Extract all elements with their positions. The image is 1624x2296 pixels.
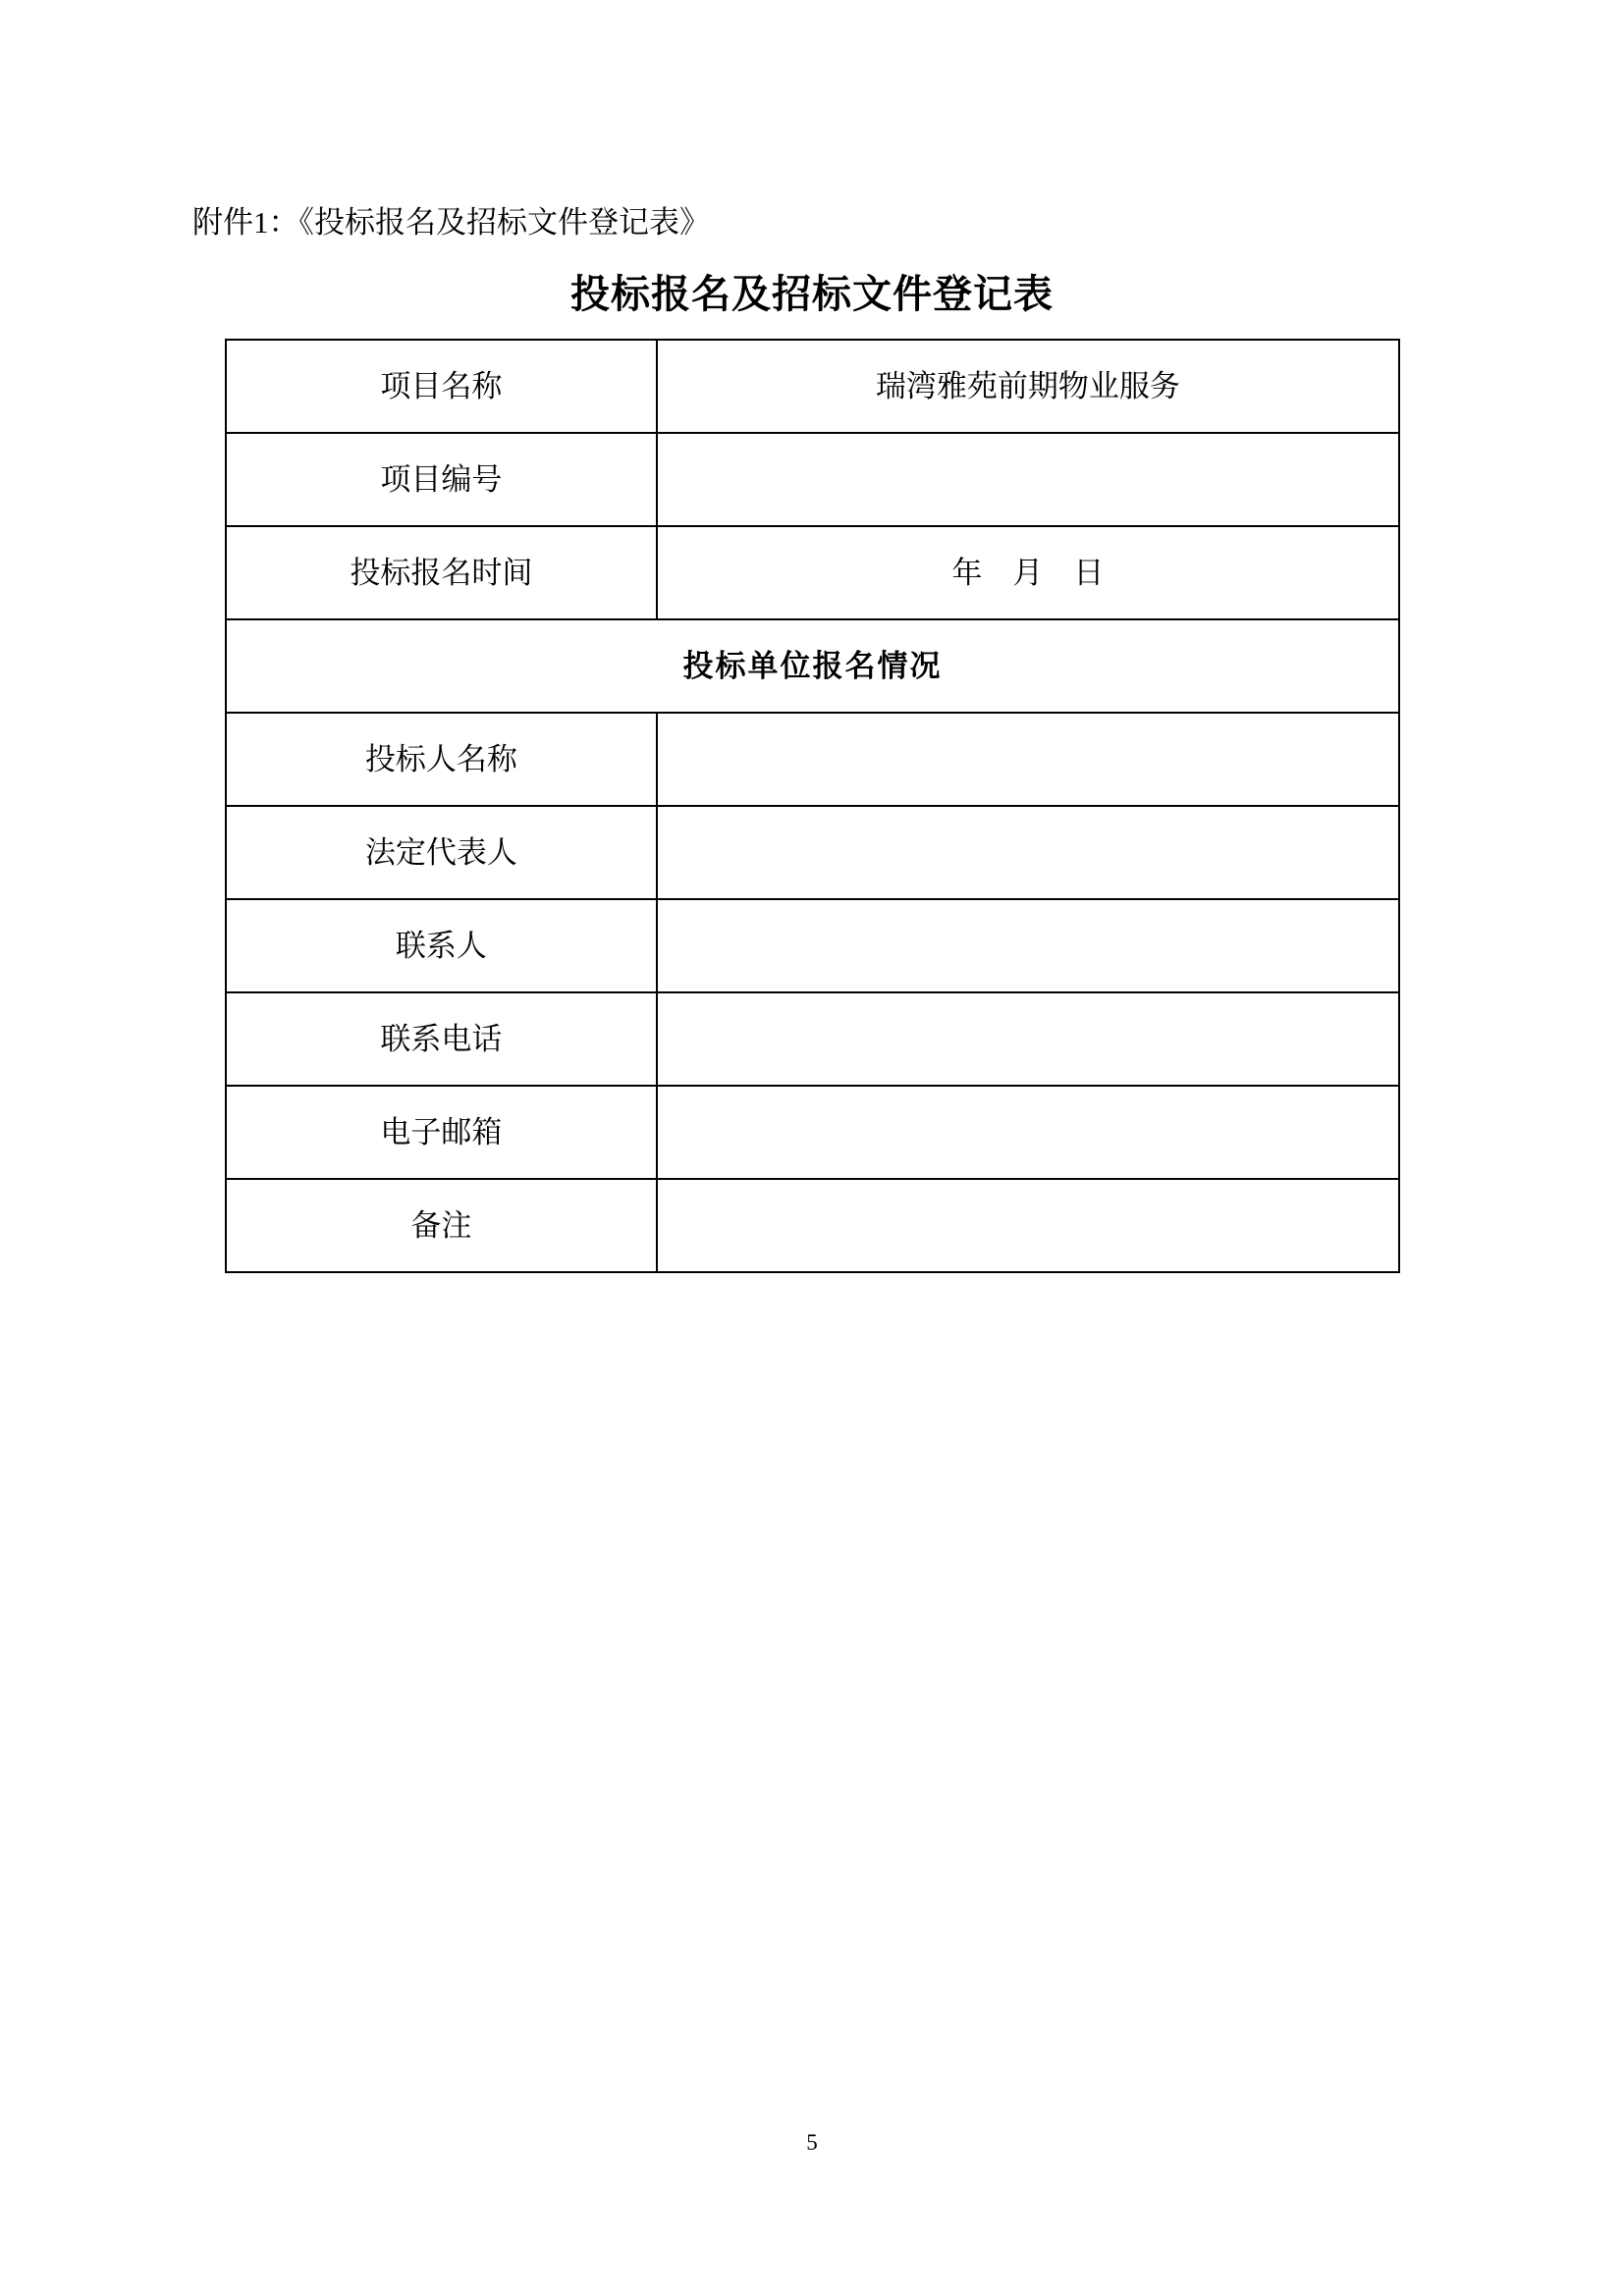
table-row-project-name: 项目名称 瑞湾雅苑前期物业服务 <box>226 340 1399 433</box>
row-value <box>657 992 1399 1086</box>
section-header: 投标单位报名情况 <box>226 619 1399 713</box>
row-label: 项目名称 <box>226 340 657 433</box>
page-number: 5 <box>0 2130 1624 2156</box>
table-row-legal-representative: 法定代表人 <box>226 806 1399 899</box>
document-page: 附件1：《投标报名及招标文件登记表》 投标报名及招标文件登记表 项目名称 瑞湾雅… <box>0 0 1624 2296</box>
table-row-project-number: 项目编号 <box>226 433 1399 526</box>
attachment-caption: 附件1：《投标报名及招标文件登记表》 <box>192 203 710 242</box>
row-value <box>657 433 1399 526</box>
registration-table: 项目名称 瑞湾雅苑前期物业服务 项目编号 投标报名时间 年 月 日 投标单位报名… <box>225 339 1400 1273</box>
table-row-email: 电子邮箱 <box>226 1086 1399 1179</box>
row-value: 瑞湾雅苑前期物业服务 <box>657 340 1399 433</box>
row-label: 投标报名时间 <box>226 526 657 619</box>
table-row-contact-person: 联系人 <box>226 899 1399 992</box>
row-label: 电子邮箱 <box>226 1086 657 1179</box>
row-label: 联系人 <box>226 899 657 992</box>
row-value <box>657 806 1399 899</box>
row-label: 联系电话 <box>226 992 657 1086</box>
row-value <box>657 713 1399 806</box>
row-label: 投标人名称 <box>226 713 657 806</box>
section-header-row: 投标单位报名情况 <box>226 619 1399 713</box>
row-label: 法定代表人 <box>226 806 657 899</box>
row-label: 备注 <box>226 1179 657 1272</box>
table-row-bidder-name: 投标人名称 <box>226 713 1399 806</box>
row-label: 项目编号 <box>226 433 657 526</box>
row-value <box>657 1179 1399 1272</box>
row-value <box>657 1086 1399 1179</box>
row-value <box>657 899 1399 992</box>
table-row-remarks: 备注 <box>226 1179 1399 1272</box>
table-row-registration-time: 投标报名时间 年 月 日 <box>226 526 1399 619</box>
row-value: 年 月 日 <box>657 526 1399 619</box>
page-title: 投标报名及招标文件登记表 <box>0 263 1624 319</box>
table-row-contact-phone: 联系电话 <box>226 992 1399 1086</box>
